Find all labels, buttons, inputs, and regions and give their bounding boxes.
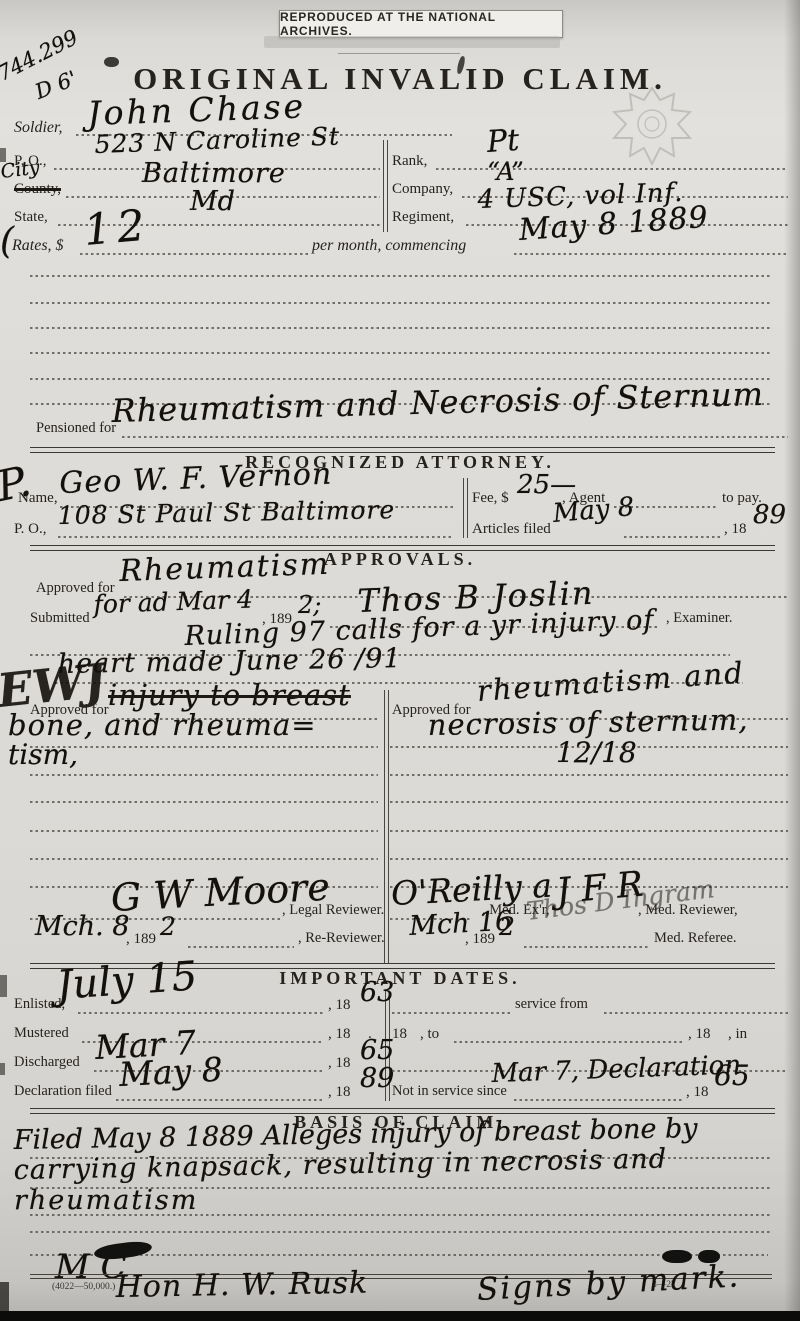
dotted-line [454,1041,684,1043]
rates-value: 12 [82,204,152,253]
service-from-label: service from [515,997,588,1013]
service-18a: 18 [392,1026,407,1043]
right-approved-line2: necrosis of sternum, [427,705,748,740]
declaration-filed-value: May 8 [118,1053,223,1091]
dotted-line [390,774,788,776]
dotted-line [604,1012,788,1014]
articles-filed-label: Articles filed [472,521,551,538]
dotted-line [30,801,378,803]
articles-year-value: 89 [753,502,786,528]
med-referee-year-prefix: , 189 [465,931,495,948]
state-value: Md [190,188,235,215]
bottom-scan-bar [0,1311,800,1321]
dotted-line [624,536,720,538]
declaration-filed-label: Declaration filed [14,1084,112,1100]
rank-value: Pt [486,126,520,158]
not-in-service-year-prefix: , 18 [686,1084,709,1101]
company-label: Company, [392,181,453,198]
po-value: 523 N Caroline St [94,123,340,157]
embossed-seal-icon [612,86,692,166]
dotted-line [122,436,788,438]
med-referee-date: Mch 16 [409,908,513,940]
attorney-po-value: 108 St Paul St Baltimore [58,497,396,528]
state-label: State, [14,209,48,226]
dotted-line [390,858,788,860]
declaration-year-prefix: , 18 [328,1084,351,1101]
column-divider [463,478,468,538]
not-in-service-value: Mar 7, Declaration [491,1052,741,1087]
submitted-label: Submitted [30,611,90,627]
examiner-label: , Examiner. [666,611,732,627]
regiment-label: Regiment, [392,209,454,226]
declaration-year: 89 [360,1065,394,1092]
attorney-name-value: Geo W. F. Vernon [59,459,333,499]
discharged-year-prefix: , 18 [328,1055,351,1072]
enlisted-value: July 15 [55,956,198,1006]
dotted-line [188,946,294,948]
not-in-service-year: 65 [714,1062,750,1090]
submitted-year-value: 2; [298,593,321,617]
company-value: “A” [487,159,524,184]
med-referee-year: 2 [499,914,515,939]
legal-reviewer-label: , Legal Reviewer. [282,903,384,919]
claim-form-document: REPRODUCED AT THE NATIONAL ARCHIVES. 744… [0,0,800,1321]
corner-smudge [0,1282,9,1312]
edge-mark [0,975,7,997]
service-in-label: , in [728,1026,747,1043]
soldier-label: Soldier, [14,119,62,137]
pensioned-for-label: Pensioned for [36,421,116,437]
re-reviewer-year-prefix: , 189 [126,931,156,948]
ruling-note-line2: heart made June 26 /91 [58,645,402,678]
rank-label: Rank, [392,153,427,170]
dotted-line [58,536,454,538]
fee-label: Fee, $ [472,490,509,507]
mustered-year-prefix: , 18 [328,1026,351,1043]
dotted-line [30,774,378,776]
dotted-line [116,1099,324,1101]
archives-stamp: REPRODUCED AT THE NATIONAL ARCHIVES. [279,10,563,38]
articles-year-prefix: , 18 [724,521,747,538]
right-approved-line1: rheumatism and [476,658,746,706]
discharged-label: Discharged [14,1055,80,1071]
mustered-label: Mustered [14,1026,69,1042]
column-divider [384,690,389,963]
basis-line3: rheumatism [14,1187,198,1214]
stamp-smudge [264,36,560,48]
right-edge-shade [784,0,800,1321]
dotted-line [390,801,788,803]
dotted-line [514,1099,682,1101]
re-reviewer-date: Mch. 8 [35,913,130,940]
ruling-note-line1: Ruling 97 calls for a yr injury of [184,607,655,650]
edge-mark [0,1063,5,1075]
left-approved-line2: bone, and rheuma= [8,711,317,740]
archives-stamp-text: REPRODUCED AT THE NATIONAL ARCHIVES. [280,10,562,38]
dotted-line [78,1012,324,1014]
re-reviewer-label: , Re-Reviewer. [298,931,385,947]
left-approved-line3: tism, [8,741,78,769]
dotted-line [30,858,378,860]
med-referee-label: Med. Referee. [654,931,737,947]
pensioned-for-value: Rheumatism and Necrosis of Sternum [111,378,764,427]
right-approved-line3: 12/18 [556,739,637,767]
service-18b: , 18 [688,1026,711,1043]
dotted-line [524,946,650,948]
enlisted-year: 63 [360,979,394,1006]
dotted-line [30,302,772,304]
edge-mark [0,148,6,162]
attorney-name-label: Name, [18,490,58,507]
discharged-year: 65 [360,1037,394,1064]
submitted-value: for ad Mar 4 [93,586,253,617]
not-in-service-label: Not in service since [392,1084,507,1100]
dotted-line [392,1012,510,1014]
dotted-line [30,275,772,277]
dotted-line [30,830,378,832]
dotted-line [514,253,788,255]
dotted-line [80,253,308,255]
re-reviewer-year: 2 [160,914,176,939]
stamp-smudge-line [338,53,460,54]
print-run-code: (4022—50,000.) [52,1282,115,1292]
approved-for-value: Rheumatism [119,550,331,587]
county-overwrite: City [0,158,41,182]
signed-by-mark: Signs by mark. [476,1261,741,1306]
articles-filed-value: May 8 [552,494,636,527]
dotted-line [30,1214,772,1216]
dotted-line [390,830,788,832]
rates-label: Rates, $ [12,237,64,255]
attorney-po-label: P. O., [14,521,47,538]
column-divider [383,140,388,232]
service-to-label: , to [420,1026,439,1043]
county-value: Baltimore [142,160,286,187]
dotted-line [30,327,772,329]
enlisted-year-prefix: , 18 [328,997,351,1014]
per-month-label: per month, commencing [312,237,466,255]
county-label: County, [14,181,61,198]
dotted-line [30,352,772,354]
honorable-name: Hon H. W. Rusk [115,1269,368,1303]
left-approved-line1: injury to breast [108,681,351,710]
dotted-line [30,1231,772,1233]
dotted-line [30,746,378,748]
